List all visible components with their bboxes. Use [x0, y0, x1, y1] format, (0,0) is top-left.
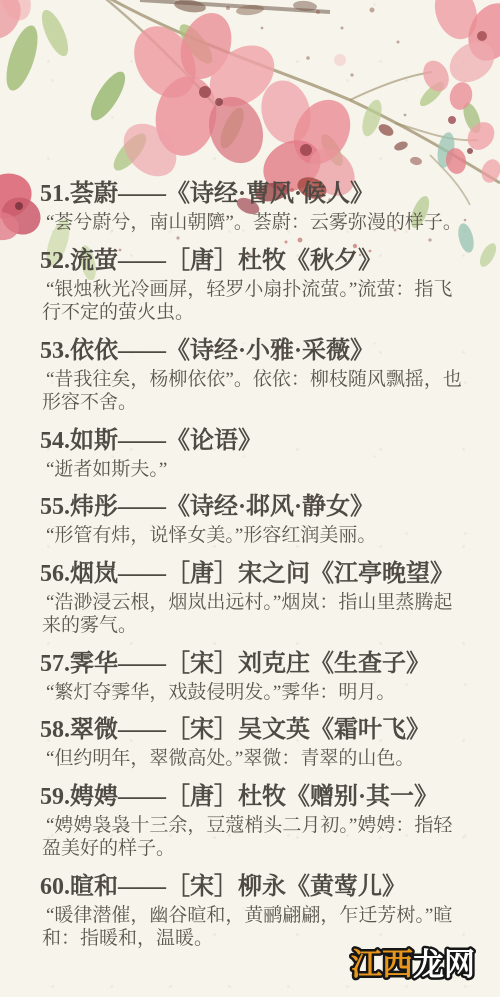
entry-number: 56.: [40, 561, 70, 587]
entry-number: 54.: [40, 428, 70, 454]
entry-heading: 52.流萤——［唐］杜牧《秋夕》: [40, 245, 470, 277]
entry-dash: ——: [118, 428, 166, 454]
entry-note: “银烛秋光冷画屏，轻罗小扇扑流萤。”流萤：指飞行不定的萤火虫。: [42, 278, 470, 325]
entry-number: 52.: [40, 248, 70, 274]
watermark-text: 江西龙网: [351, 947, 475, 982]
entry-name: 娉娉: [70, 784, 118, 810]
entry-source: ［宋］柳永《黄莺儿》: [166, 874, 406, 900]
entry-source: ［唐］杜牧《赠别·其一》: [166, 784, 438, 810]
entry-source: ［唐］杜牧《秋夕》: [166, 248, 382, 274]
entry-number: 55.: [40, 494, 70, 520]
watermark-part2: 龙网: [413, 947, 475, 982]
entry-name: 炜彤: [70, 494, 118, 520]
infographic-page: 51.荟蔚——《诗经·曹风·候人》 “荟兮蔚兮，南山朝隮”。荟蔚：云雾弥漫的样子…: [0, 0, 500, 997]
entry-name: 依依: [70, 338, 118, 364]
entry-name: 烟岚: [70, 561, 118, 587]
entry-note: “形管有炜，说怿女美。”形容红润美丽。: [42, 524, 470, 548]
entry-source: ［宋］刘克庄《生查子》: [166, 651, 430, 677]
entry-dash: ——: [118, 717, 166, 743]
entry-source: 《诗经·曹风·候人》: [166, 181, 374, 207]
entry-number: 57.: [40, 651, 70, 677]
entry-source: ［宋］吴文英《霜叶飞》: [166, 717, 430, 743]
list-item: 58.翠微——［宋］吴文英《霜叶飞》 “但约明年，翠微高处。”翠微：青翠的山色。: [40, 714, 470, 771]
entry-name: 流萤: [70, 248, 118, 274]
entry-heading: 51.荟蔚——《诗经·曹风·候人》: [40, 178, 470, 210]
entry-heading: 53.依依——《诗经·小雅·采薇》: [40, 335, 470, 367]
entry-heading: 54.如斯——《论语》: [40, 425, 470, 457]
entry-source: 《论语》: [166, 428, 262, 454]
entry-heading: 60.暄和——［宋］柳永《黄莺儿》: [40, 871, 470, 903]
list-item: 57.霁华——［宋］刘克庄《生查子》 “繁灯夺霁华，戏鼓侵明发。”霁华：明月。: [40, 648, 470, 705]
entry-heading: 55.炜彤——《诗经·邶风·静女》: [40, 491, 470, 523]
entry-dash: ——: [118, 494, 166, 520]
entry-note: “逝者如斯夫。”: [42, 458, 470, 482]
entry-name: 暄和: [70, 874, 118, 900]
list-item: 59.娉娉——［唐］杜牧《赠别·其一》 “娉娉袅袅十三余，豆蔻梢头二月初。”娉娉…: [40, 781, 470, 861]
entry-number: 51.: [40, 181, 70, 207]
entry-dash: ——: [118, 874, 166, 900]
list-item: 51.荟蔚——《诗经·曹风·候人》 “荟兮蔚兮，南山朝隮”。荟蔚：云雾弥漫的样子…: [40, 178, 470, 235]
entry-note: “浩渺浸云根，烟岚出远村。”烟岚：指山里蒸腾起来的雾气。: [42, 591, 470, 638]
entry-dash: ——: [118, 784, 166, 810]
entry-heading: 58.翠微——［宋］吴文英《霜叶飞》: [40, 714, 470, 746]
list-item: 55.炜彤——《诗经·邶风·静女》 “形管有炜，说怿女美。”形容红润美丽。: [40, 491, 470, 548]
entry-note: “繁灯夺霁华，戏鼓侵明发。”霁华：明月。: [42, 681, 470, 705]
entry-dash: ——: [118, 181, 166, 207]
entry-source: ［唐］宋之问《江亭晚望》: [166, 561, 454, 587]
watermark-part1: 江西: [351, 947, 413, 982]
list-item: 53.依依——《诗经·小雅·采薇》 “昔我往矣，杨柳依依”。依依：柳枝随风飘摇，…: [40, 335, 470, 415]
entry-dash: ——: [118, 561, 166, 587]
entry-number: 60.: [40, 874, 70, 900]
entry-heading: 56.烟岚——［唐］宋之问《江亭晚望》: [40, 558, 470, 590]
list-item: 60.暄和——［宋］柳永《黄莺儿》 “暖律潜催，幽谷暄和，黄鹂翩翩，乍迁芳树。”…: [40, 871, 470, 951]
entry-note: “但约明年，翠微高处。”翠微：青翠的山色。: [42, 747, 470, 771]
entry-note: “荟兮蔚兮，南山朝隮”。荟蔚：云雾弥漫的样子。: [42, 211, 470, 235]
entry-dash: ——: [118, 651, 166, 677]
entry-number: 59.: [40, 784, 70, 810]
entry-name: 霁华: [70, 651, 118, 677]
watermark-logo: 江西龙网: [349, 942, 497, 991]
entry-source: 《诗经·小雅·采薇》: [166, 338, 374, 364]
entry-number: 53.: [40, 338, 70, 364]
entry-name: 翠微: [70, 717, 118, 743]
list-item: 54.如斯——《论语》 “逝者如斯夫。”: [40, 425, 470, 482]
entry-source: 《诗经·邶风·静女》: [166, 494, 374, 520]
entry-dash: ——: [118, 338, 166, 364]
entry-number: 58.: [40, 717, 70, 743]
entry-heading: 57.霁华——［宋］刘克庄《生查子》: [40, 648, 470, 680]
entry-dash: ——: [118, 248, 166, 274]
entry-list: 51.荟蔚——《诗经·曹风·候人》 “荟兮蔚兮，南山朝隮”。荟蔚：云雾弥漫的样子…: [40, 178, 470, 961]
entry-note: “娉娉袅袅十三余，豆蔻梢头二月初。”娉娉：指轻盈美好的样子。: [42, 814, 470, 861]
entry-name: 如斯: [70, 428, 118, 454]
entry-name: 荟蔚: [70, 181, 118, 207]
list-item: 56.烟岚——［唐］宋之问《江亭晚望》 “浩渺浸云根，烟岚出远村。”烟岚：指山里…: [40, 558, 470, 638]
entry-note: “昔我往矣，杨柳依依”。依依：柳枝随风飘摇，也形容不舍。: [42, 368, 470, 415]
list-item: 52.流萤——［唐］杜牧《秋夕》 “银烛秋光冷画屏，轻罗小扇扑流萤。”流萤：指飞…: [40, 245, 470, 325]
entry-heading: 59.娉娉——［唐］杜牧《赠别·其一》: [40, 781, 470, 813]
